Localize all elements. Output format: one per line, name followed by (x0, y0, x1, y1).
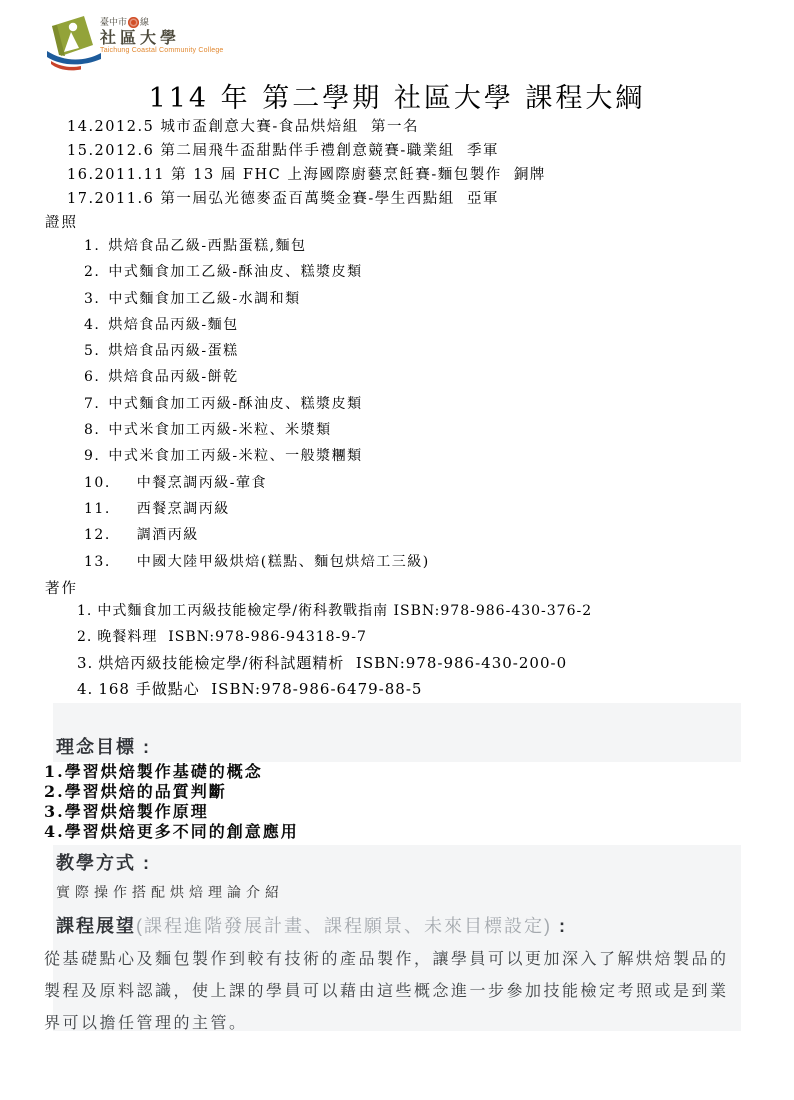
item-text: 調酒丙級 (137, 527, 199, 543)
item-number: 8. (84, 417, 100, 443)
awards-list: 14.2012.5 城市盃創意大賽-食品烘焙組 第一名 15.2012.6 第二… (67, 115, 546, 211)
logo-english-name: Taichung Coastal Community College (100, 47, 210, 55)
goals-list: 1.學習烘焙製作基礎的概念 2.學習烘焙的品質判斷 3.學習烘焙製作原理 4.學… (44, 762, 299, 842)
item-text: 中國大陸甲級烘焙(糕點、麵包烘焙工三級) (137, 554, 430, 570)
item-text: 西餐烹調丙級 (137, 501, 230, 517)
item-text: 中式麵食加工丙級-酥油皮、糕漿皮類 (108, 396, 362, 412)
item-number: 9. (84, 443, 100, 469)
logo-region-line: 臺中市 線 (100, 16, 210, 28)
item-number: 6. (84, 364, 100, 390)
certificate-item: 7.中式麵食加工丙級-酥油皮、糕漿皮類 (84, 391, 430, 417)
certificate-item: 11.西餐烹調丙級 (84, 496, 430, 522)
item-number: 5. (84, 338, 100, 364)
certificate-item: 12.調酒丙級 (84, 522, 430, 548)
course-outline-document: 臺中市 線 社區大學 Taichung Coastal Community Co… (0, 0, 794, 1100)
item-text: 168 手做點心 ISBN:978-986-6479-88-5 (98, 680, 422, 698)
logo-region-suffix: 線 (140, 16, 149, 28)
item-text: 中餐烹調丙級-葷食 (137, 475, 267, 491)
page-title: 114 年 第二學期 社區大學 課程大綱 (0, 76, 794, 115)
goals-heading: 理念目標 : (56, 733, 151, 759)
certificate-item: 5.烘焙食品丙級-蛋糕 (84, 338, 430, 364)
item-number: 4. (77, 676, 93, 702)
publication-item: 1.中式麵食加工丙級技能檢定學/術科教戰指南 ISBN:978-986-430-… (77, 598, 592, 624)
certificate-item: 2.中式麵食加工乙級-酥油皮、糕漿皮類 (84, 259, 430, 285)
item-text: 烘焙丙級技能檢定學/術科試題精析 ISBN:978-986-430-200-0 (98, 654, 567, 672)
item-number: 4. (84, 312, 100, 338)
item-number: 3. (77, 650, 93, 676)
paragraph-line: 從基礎點心及麵包製作到較有技術的產品製作，讓學員可以更加深入了解烘焙製品的 (44, 944, 729, 976)
certificate-item: 3.中式麵食加工乙級-水調和類 (84, 286, 430, 312)
teaching-method-heading: 教學方式 : (56, 849, 151, 875)
certificate-item: 10.中餐烹調丙級-葷食 (84, 470, 430, 496)
section-band-goals (53, 703, 741, 762)
certificate-item: 9.中式米食加工丙級-米粒、一般漿糰類 (84, 443, 430, 469)
course-outlook-paragraph: 從基礎點心及麵包製作到較有技術的產品製作，讓學員可以更加深入了解烘焙製品的 製程… (44, 944, 729, 1040)
goal-item: 3.學習烘焙製作原理 (44, 802, 299, 822)
publication-item: 3.烘焙丙級技能檢定學/術科試題精析 ISBN:978-986-430-200-… (77, 650, 592, 676)
logo-region-prefix: 臺中市 (100, 16, 127, 28)
teaching-method-content: 實際操作搭配烘焙理論介紹 (56, 882, 284, 902)
item-text: 晚餐料理 ISBN:978-986-94318-9-7 (97, 629, 367, 645)
seal-icon (128, 17, 139, 28)
item-number: 10. (84, 470, 111, 496)
certificates-list: 1.烘焙食品乙級-西點蛋糕,麵包 2.中式麵食加工乙級-酥油皮、糕漿皮類 3.中… (84, 233, 430, 575)
goal-item: 1.學習烘焙製作基礎的概念 (44, 762, 299, 782)
publication-item: 2.晚餐料理 ISBN:978-986-94318-9-7 (77, 624, 592, 650)
award-item: 16.2011.11 第 13 屆 FHC 上海國際廚藝烹飪賽-麵包製作 銅牌 (67, 163, 546, 187)
goal-item: 4.學習烘焙更多不同的創意應用 (44, 822, 299, 842)
course-outlook-heading-sub: (課程進階發展計畫、課程願景、未來目標設定) (136, 916, 552, 936)
logo-book-icon (44, 12, 104, 72)
paragraph-line: 製程及原料認識，使上課的學員可以藉由這些概念進一步參加技能檢定考照或是到業 (44, 976, 729, 1008)
paragraph-line: 界可以擔任管理的主管。 (44, 1008, 729, 1040)
item-text: 中式麵食加工乙級-水調和類 (108, 291, 300, 307)
item-text: 中式麵食加工丙級技能檢定學/術科教戰指南 ISBN:978-986-430-37… (97, 603, 592, 619)
item-number: 7. (84, 391, 100, 417)
item-text: 烘焙食品丙級-蛋糕 (108, 343, 238, 359)
item-text: 烘焙食品丙級-餅乾 (108, 369, 238, 385)
item-number: 2. (84, 259, 100, 285)
goal-item: 2.學習烘焙的品質判斷 (44, 782, 299, 802)
certificates-label: 證照 (45, 211, 78, 232)
publication-item: 4.168 手做點心 ISBN:978-986-6479-88-5 (77, 676, 592, 702)
award-item: 17.2011.6 第一屆弘光德麥盃百萬獎金賽-學生西點組 亞軍 (67, 187, 546, 211)
course-outlook-heading-main: 課程展望 (56, 916, 136, 936)
item-text: 中式米食加工丙級-米粒、米漿類 (108, 422, 331, 438)
certificate-item: 13.中國大陸甲級烘焙(糕點、麵包烘焙工三級) (84, 549, 430, 575)
item-text: 中式米食加工丙級-米粒、一般漿糰類 (108, 448, 362, 464)
course-outlook-heading: 課程展望(課程進階發展計畫、課程願景、未來目標設定) : (56, 912, 567, 938)
publications-list: 1.中式麵食加工丙級技能檢定學/術科教戰指南 ISBN:978-986-430-… (77, 598, 592, 702)
award-item: 15.2012.6 第二屆飛牛盃甜點伴手禮創意競賽-職業組 季軍 (67, 139, 546, 163)
item-number: 13. (84, 549, 111, 575)
award-item: 14.2012.5 城市盃創意大賽-食品烘焙組 第一名 (67, 115, 546, 139)
item-text: 烘焙食品乙級-西點蛋糕,麵包 (108, 238, 306, 254)
publications-label: 著作 (45, 577, 78, 598)
certificate-item: 6.烘焙食品丙級-餅乾 (84, 364, 430, 390)
course-outlook-heading-colon: : (552, 916, 567, 936)
certificate-item: 4.烘焙食品丙級-麵包 (84, 312, 430, 338)
certificate-item: 8.中式米食加工丙級-米粒、米漿類 (84, 417, 430, 443)
logo-org-name: 社區大學 (100, 28, 210, 47)
certificate-item: 1.烘焙食品乙級-西點蛋糕,麵包 (84, 233, 430, 259)
school-logo: 臺中市 線 社區大學 Taichung Coastal Community Co… (44, 12, 204, 72)
item-text: 中式麵食加工乙級-酥油皮、糕漿皮類 (108, 264, 362, 280)
logo-text: 臺中市 線 社區大學 Taichung Coastal Community Co… (100, 16, 210, 55)
item-number: 1. (84, 233, 100, 259)
item-number: 11. (84, 496, 111, 522)
item-number: 3. (84, 286, 100, 312)
item-number: 12. (84, 522, 111, 548)
item-text: 烘焙食品丙級-麵包 (108, 317, 238, 333)
item-number: 2. (77, 624, 92, 650)
item-number: 1. (77, 598, 92, 624)
